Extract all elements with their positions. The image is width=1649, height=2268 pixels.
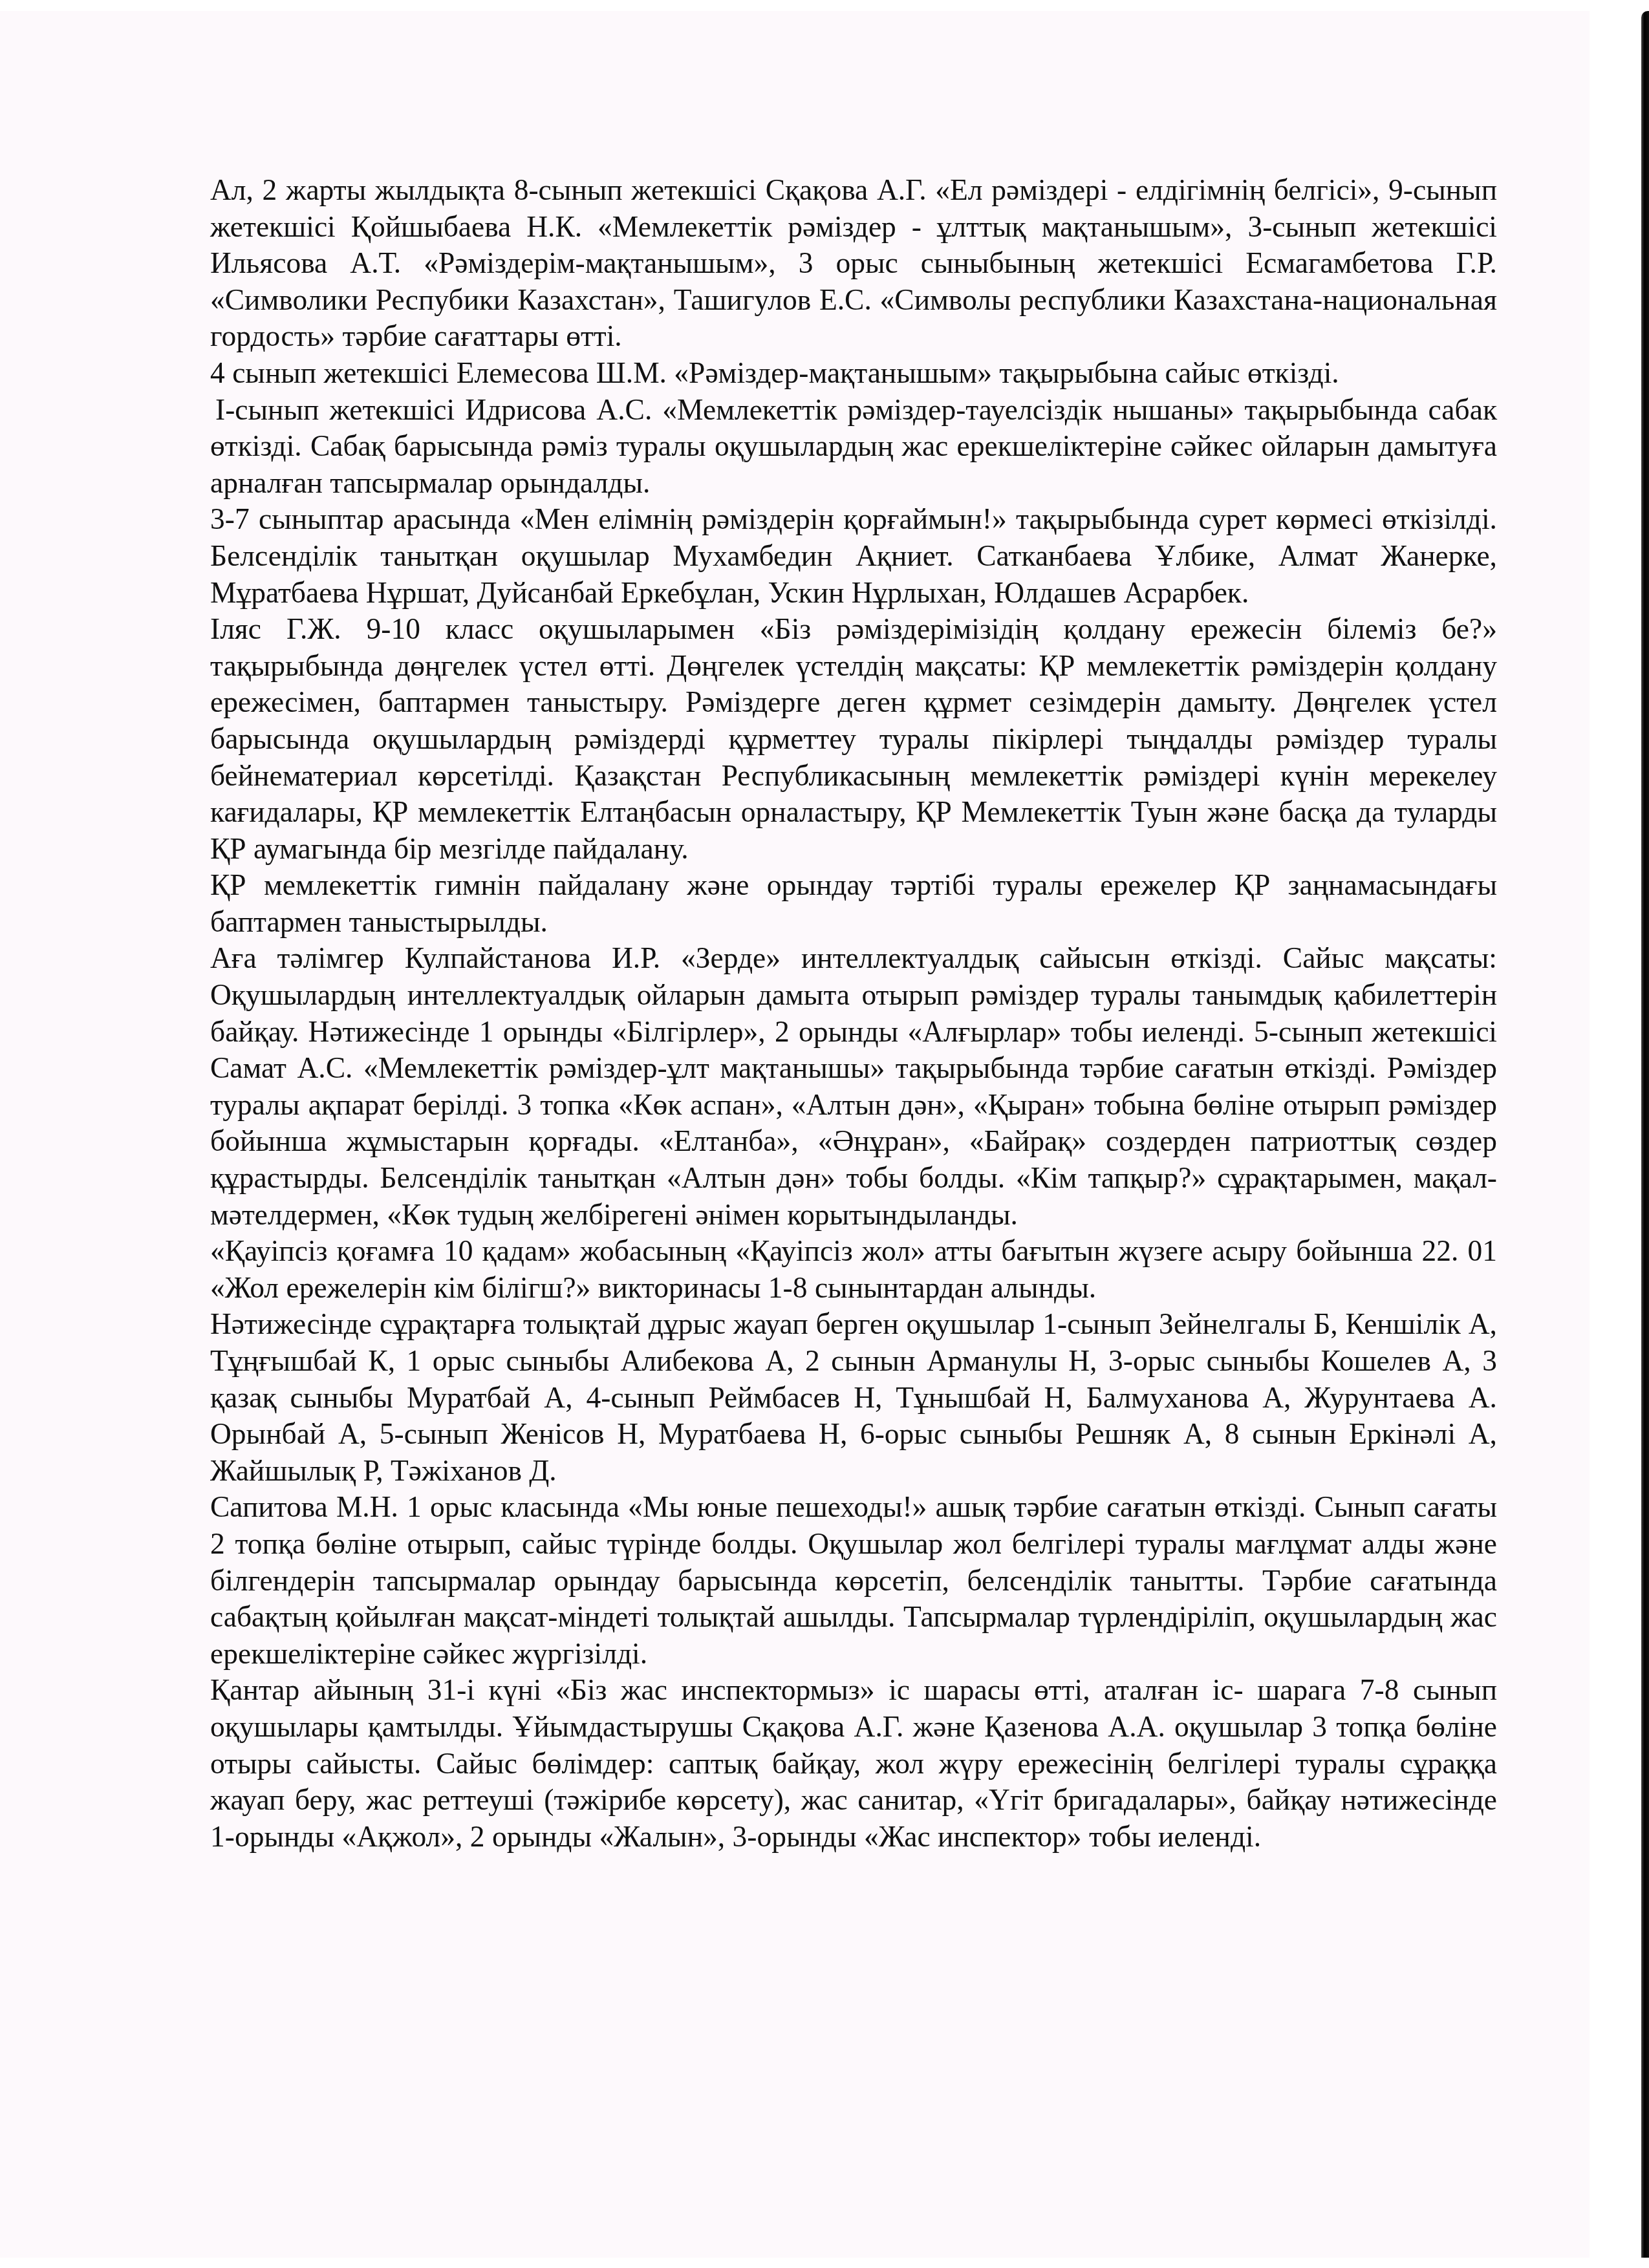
paragraph-round-table: Іляс Г.Ж. 9-10 класс оқушыларымен «Біз р… (210, 611, 1497, 867)
paragraph-anthem-rules: ҚР мемлекеттік гимнін пайдалану және оры… (210, 867, 1497, 940)
paragraph-zerde-contest: Аға тәлімгер Кулпайстанова И.Р. «Зерде» … (210, 940, 1497, 1233)
paragraph-grade4-contest: 4 сынып жетекшісі Елемесова Ш.М. «Рәмізд… (210, 355, 1497, 392)
scan-margin-strip (1590, 11, 1641, 2258)
paragraph-quiz-winners: Нәтижесінде сұрақтарға толықтай дұрыс жа… (210, 1306, 1497, 1489)
document-body: Ал, 2 жарты жылдықта 8-сынып жетекшісі С… (210, 172, 1497, 1855)
scanner-edge-shadow (1641, 11, 1649, 2258)
paragraph-grade1-lesson: І-сынып жетекшісі Идрисова А.С. «Мемлеке… (210, 392, 1497, 502)
paragraph-young-pedestrians: Сапитова М.Н. 1 орыс класында «Мы юные п… (210, 1489, 1497, 1672)
paragraph-young-inspectors: Қантар айының 31-і күні «Біз жас инспект… (210, 1672, 1497, 1855)
paragraph-safe-road-quiz: «Қауіпсіз қоғамға 10 қадам» жобасының «Қ… (210, 1233, 1497, 1306)
paragraph-drawing-exhibition: 3-7 сыныптар арасында «Мен елімнің рәміз… (210, 501, 1497, 611)
paragraph-class-hours: Ал, 2 жарты жылдықта 8-сынып жетекшісі С… (210, 172, 1497, 355)
